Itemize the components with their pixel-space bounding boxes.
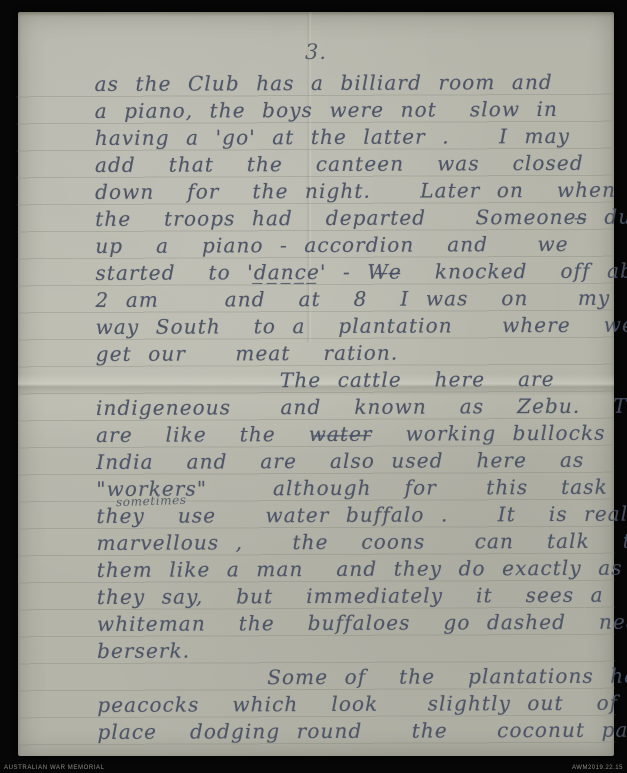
letter-line: down for the night. Later on when — [17, 177, 613, 207]
catalog-number: AWM2019.22.15 — [572, 765, 623, 771]
letter-line: get our meat ration. — [18, 339, 614, 369]
letter-line: 2 am and at 8 I was on my — [17, 285, 613, 315]
letter-line: they say, but immediately it sees a — [19, 582, 615, 612]
letter-line: them like a man and they do exactly as — [19, 555, 615, 585]
letter-line: whiteman the buffaloes go dashed near — [19, 609, 615, 639]
letter-line-paragraph-start: The cattle here are — [18, 366, 614, 396]
letter-line: India and are also used here as — [18, 447, 614, 477]
letter-line: peacocks which look slightly out of — [19, 690, 615, 720]
letter-line: are like the w̶a̶t̶e̶r̶ working bullocks… — [18, 420, 614, 450]
letter-line: they use water buffalo . It is really — [18, 501, 614, 531]
handwritten-text-block: as the Club has a billiard room and a pi… — [17, 69, 616, 747]
scan-mat-background: 3. as the Club has a billiard room and a… — [0, 0, 627, 773]
letter-line: started to 'd̲a̲n̲c̲e̲' - W̶e̶ knocked o… — [17, 258, 613, 288]
letter-line: "workers" although for this task — [18, 474, 614, 504]
inserted-word-sometimes: sometimes — [116, 493, 187, 509]
archive-watermark: AUSTRALIAN WAR MEMORIAL — [4, 765, 105, 771]
letter-line: place dodging round the coconut palms — [19, 717, 615, 747]
letter-line: a piano, the boys were not slow in — [17, 96, 613, 126]
letter-line: berserk. — [19, 636, 615, 666]
letter-line: having a 'go' at the latter . I may — [17, 123, 613, 153]
letter-line: add that the canteen was closed — [17, 150, 613, 180]
letter-line: marvellous , the coons can talk to — [19, 528, 615, 558]
page-number: 3. — [18, 40, 614, 64]
letter-page: 3. as the Club has a billiard room and a… — [18, 12, 614, 756]
letter-line-paragraph-start: Some of the plantations have — [19, 663, 615, 693]
letter-line: way South to a plantation where we — [18, 312, 614, 342]
letter-line: the troops had departed Someones̶ dug — [17, 204, 613, 234]
letter-line: up a piano - accordion and we — [17, 231, 613, 261]
letter-line: indigeneous and known as Zebu. They — [18, 393, 614, 423]
letter-line: as the Club has a billiard room and — [17, 69, 613, 99]
